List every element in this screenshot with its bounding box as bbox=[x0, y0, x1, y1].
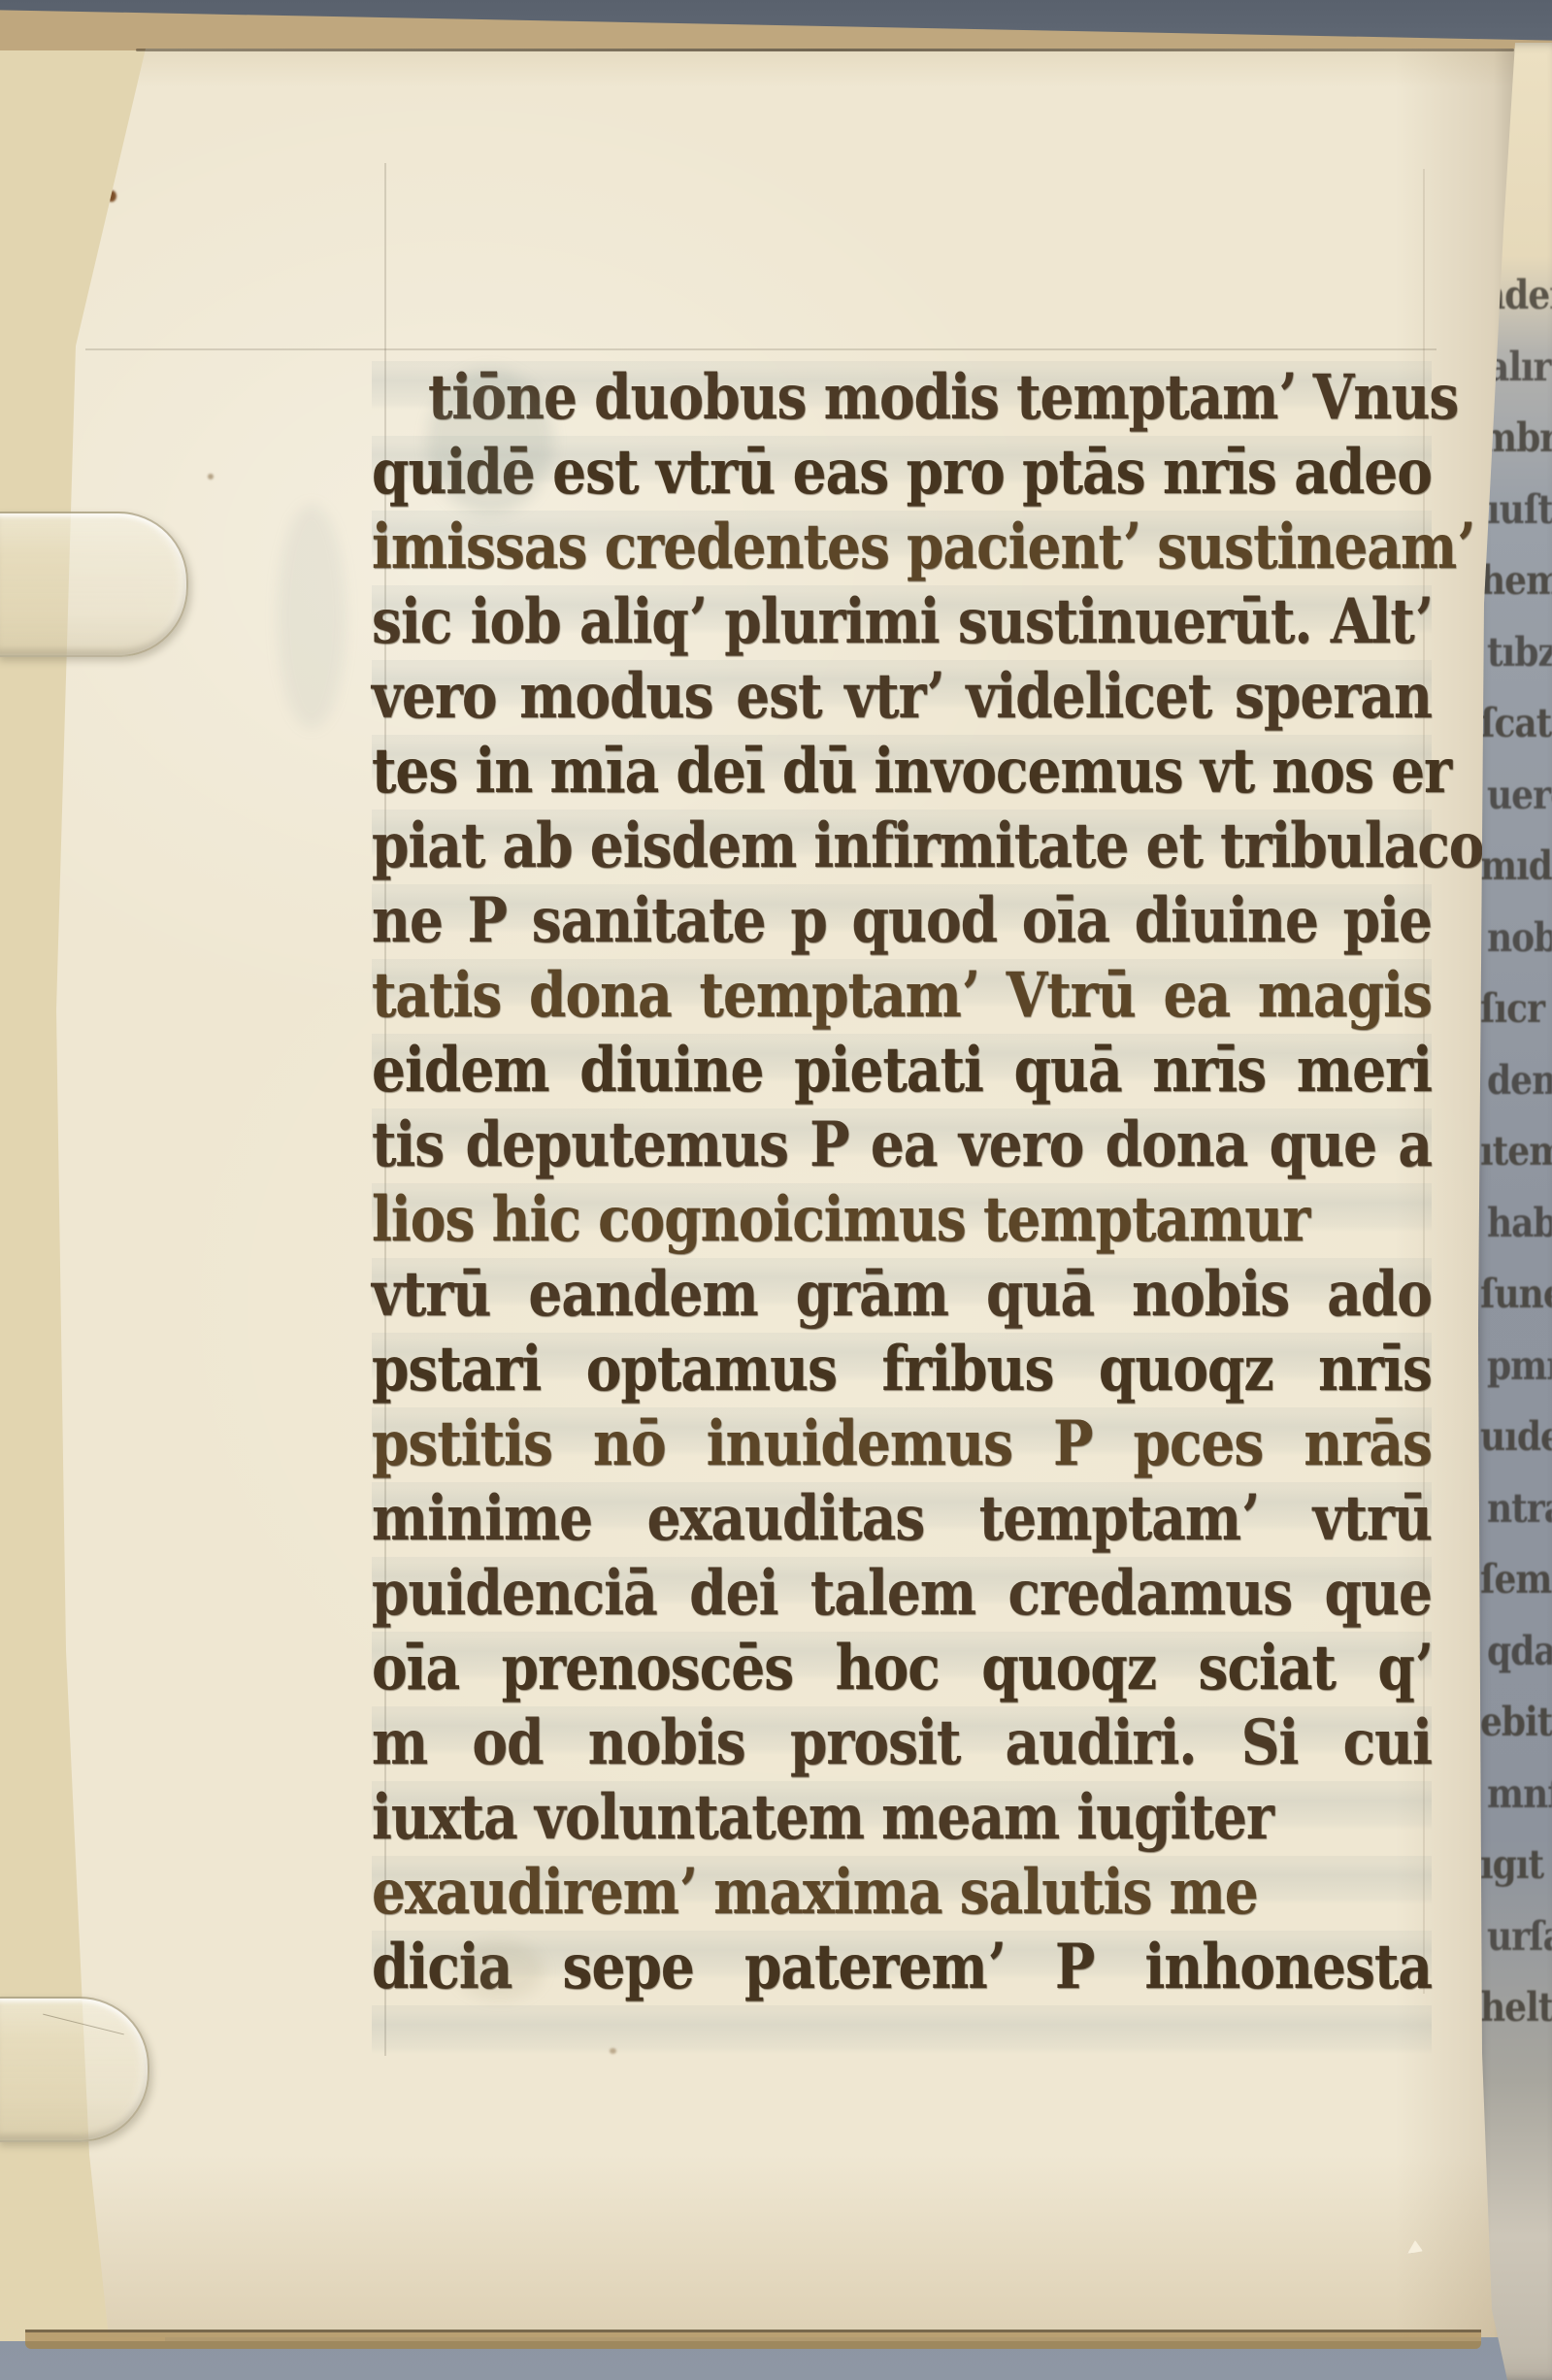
fore-edge-fragment: urſa bbox=[1480, 1913, 1552, 1996]
manuscript-text-line: iuxta voluntatem meam iugiter bbox=[372, 1780, 1432, 1867]
manuscript-text-line: imissas credentes pacientʼ sustineamʼ bbox=[372, 510, 1432, 596]
book-bottom-edge bbox=[25, 2330, 1481, 2349]
fore-edge-fragment: ſcat bbox=[1480, 700, 1552, 782]
page-top-edge-line bbox=[136, 49, 1514, 51]
manuscript-text-line: sic iob aliqʼ plurimi sustinuerūt. Altʼ bbox=[372, 584, 1432, 671]
fore-edge-fragment: tıbz bbox=[1480, 629, 1552, 711]
fore-edge-fragment: pmıt bbox=[1480, 1342, 1552, 1425]
manuscript-text-line: tatis dona temptamʼ Vtrū ea magis bbox=[372, 958, 1432, 1044]
ink-smudge bbox=[427, 369, 553, 514]
manuscript-text-line: vero modus est vtrʼ videlicet speran bbox=[372, 659, 1432, 745]
fore-edge-fragment: habd bbox=[1480, 1200, 1552, 1282]
manuscript-text-line: ne P sanitate p quod oīa diuine pie bbox=[372, 883, 1432, 970]
fore-edge-fragment: uıdel bbox=[1480, 1413, 1552, 1496]
manuscript-text-line: m od nobis prosit audiri. Si cui bbox=[372, 1705, 1432, 1792]
manuscript-text-line: tes in mīa deī dū invocemus vt nos er bbox=[372, 734, 1432, 820]
fore-edge-fragment: helt bbox=[1480, 1984, 1552, 2066]
parchment-flaw bbox=[1407, 2240, 1423, 2254]
text-block: tiōne duobus modis temptamʼ Vnusquidē es… bbox=[372, 361, 1432, 2060]
fore-edge-fragment: mıdt bbox=[1480, 843, 1552, 925]
fore-edge-fragment: mnſa bbox=[1480, 1770, 1552, 1853]
ruling-line-horizontal-top bbox=[85, 348, 1436, 350]
manuscript-page: tiōne duobus modis temptamʼ Vnusquidē es… bbox=[0, 49, 1516, 2337]
manuscript-text-line: lios hic cognoicimus temptamur bbox=[372, 1182, 1432, 1269]
fore-edge-fragment: nobz bbox=[1480, 914, 1552, 997]
fore-edge-fragment: ıtem bbox=[1480, 1128, 1552, 1210]
manuscript-text-line: vtrū eandem grām quā nobis ado bbox=[372, 1257, 1432, 1343]
page-tab-lower bbox=[0, 1997, 149, 2142]
fore-edge-fragment: ntra bbox=[1480, 1485, 1552, 1568]
stain bbox=[456, 1941, 544, 2000]
page-tab-upper bbox=[0, 512, 188, 657]
show-through-smudge bbox=[278, 505, 346, 728]
fore-edge-fragment: qdam bbox=[1480, 1628, 1552, 1710]
fore-edge-fragment: ſune bbox=[1480, 1271, 1552, 1353]
fore-edge-fragment: deml bbox=[1480, 1057, 1552, 1140]
manuscript-photo: tiōne duobus modis temptamʼ Vnusquidē es… bbox=[0, 0, 1552, 2380]
fore-edge-fragment: ſıcr bbox=[1480, 985, 1552, 1068]
fore-edge-fragment: heml bbox=[1480, 557, 1552, 640]
manuscript-text-line: puidenciā dei talem credamus que bbox=[372, 1556, 1432, 1642]
manuscript-text-line: eidem diuine pietati quā nrīs meri bbox=[372, 1033, 1432, 1119]
fore-edge-fragment: ſemp bbox=[1480, 1556, 1552, 1638]
fore-edge-fragment: uere bbox=[1480, 772, 1552, 854]
parchment-speck bbox=[208, 474, 214, 479]
manuscript-text-line: oīa prenoscēs hoc quoqz sciat qʼ bbox=[372, 1631, 1432, 1717]
fore-edge-fragment: ebit bbox=[1480, 1699, 1552, 1781]
parchment-speck bbox=[610, 2048, 616, 2054]
fore-edge-fragment: ıuſt bbox=[1480, 486, 1552, 569]
manuscript-text-line: tis deputemus P ea vero dona que a bbox=[372, 1107, 1432, 1194]
manuscript-text-line: minime exauditas temptamʼ vtrū bbox=[372, 1481, 1432, 1568]
tab-scratch bbox=[43, 2014, 123, 2035]
manuscript-text-line: piat ab eisdem infirmitate et tribulaco bbox=[372, 809, 1432, 895]
fore-edge-fragment: ıgıt bbox=[1480, 1841, 1552, 1924]
fore-edge-text-fragments: ndeſalırmbreıuſthemltıbzſcatueremıdtnobz… bbox=[1480, 272, 1552, 2056]
manuscript-text-line: pstari optamus fribus quoqz nrīs bbox=[372, 1332, 1432, 1418]
manuscript-text-line: pstitis nō inuidemus P pces nrās bbox=[372, 1406, 1432, 1493]
manuscript-text-line: exaudiremʼ maxima salutis me bbox=[372, 1855, 1432, 1941]
